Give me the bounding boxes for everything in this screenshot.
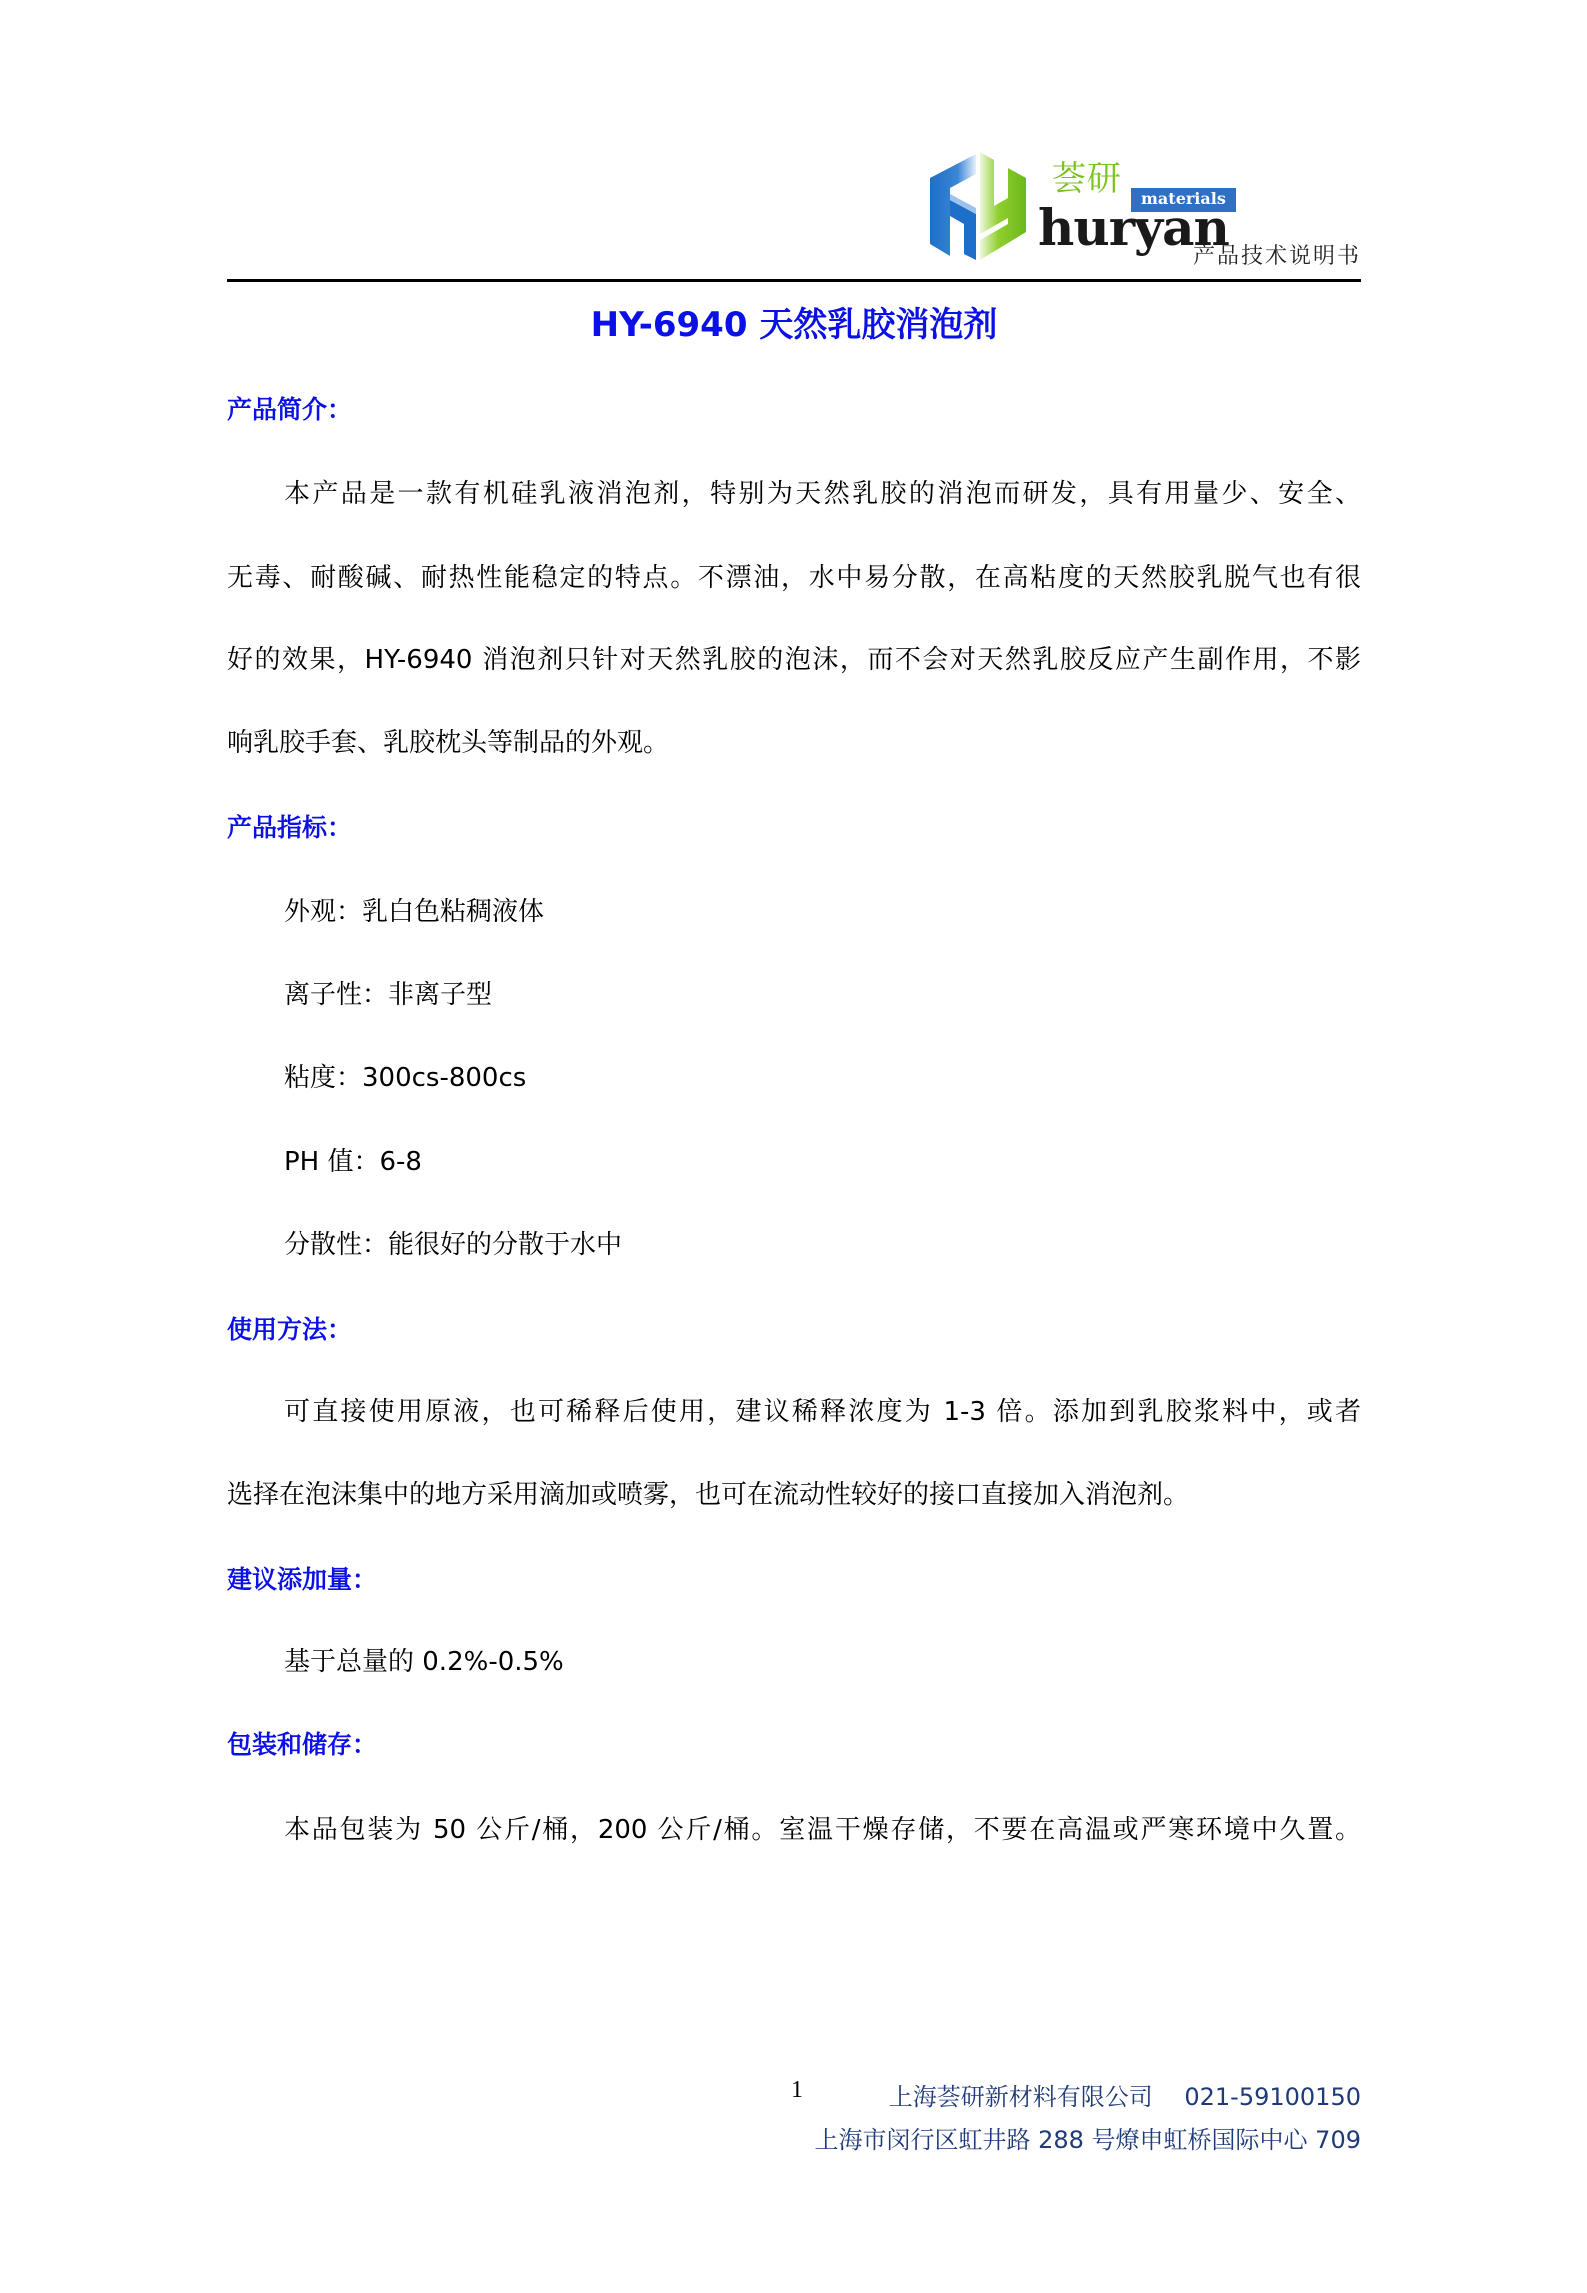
spec-dispersibility: 分散性：能很好的分散于水中 (284, 1228, 622, 1262)
intro-line: 无毒、耐酸碱、耐热性能稳定的特点。不漂油，水中易分散，在高粘度的天然胶乳脱气也有… (227, 561, 1361, 595)
document-page: 荟研 materials huryan 产品技术说明书 HY-6940 天然乳胶… (0, 0, 1587, 2293)
spec-viscosity: 粘度：300cs-800cs (284, 1061, 526, 1095)
page-number: 1 (791, 2076, 803, 2104)
spec-appearance: 外观：乳白色粘稠液体 (284, 895, 544, 929)
intro-line: 好的效果，HY-6940 消泡剂只针对天然乳胶的泡沫，而不会对天然乳胶反应产生副… (227, 643, 1361, 677)
usage-line: 可直接使用原液，也可稀释后使用，建议稀释浓度为 1-3 倍。添加到乳胶浆料中，或… (227, 1395, 1361, 1429)
section-heading-storage: 包装和储存： (227, 1729, 377, 1761)
usage-line: 选择在泡沫集中的地方采用滴加或喷雾，也可在流动性较好的接口直接加入消泡剂。 (227, 1478, 1361, 1512)
spec-ph: PH 值：6-8 (284, 1145, 422, 1179)
intro-line: 本产品是一款有机硅乳液消泡剂，特别为天然乳胶的消泡而研发，具有用量少、安全、 (227, 477, 1361, 511)
intro-line: 响乳胶手套、乳胶枕头等制品的外观。 (227, 726, 1361, 760)
footer-address: 上海市闵行区虹井路 288 号燎申虹桥国际中心 709 (814, 2125, 1361, 2155)
document-title: HY-6940 天然乳胶消泡剂 (227, 303, 1361, 347)
section-heading-specs: 产品指标： (227, 812, 352, 844)
document-type-label: 产品技术说明书 (1193, 246, 1361, 268)
header-divider (227, 279, 1361, 282)
logo-chinese-name: 荟研 (1052, 162, 1122, 196)
storage-text: 本品包装为 50 公斤/桶，200 公斤/桶。室温干燥存储，不要在高温或严寒环境… (227, 1813, 1361, 1847)
section-heading-usage: 使用方法： (227, 1314, 352, 1346)
spec-ionic: 离子性：非离子型 (284, 978, 492, 1012)
footer-company-phone: 上海荟研新材料有限公司 021-59100150 (889, 2082, 1361, 2112)
huryan-logo-mark-icon (928, 148, 1028, 266)
section-heading-intro: 产品简介： (227, 394, 352, 426)
dosage-text: 基于总量的 0.2%-0.5% (284, 1645, 564, 1679)
section-heading-dosage: 建议添加量： (227, 1564, 377, 1596)
